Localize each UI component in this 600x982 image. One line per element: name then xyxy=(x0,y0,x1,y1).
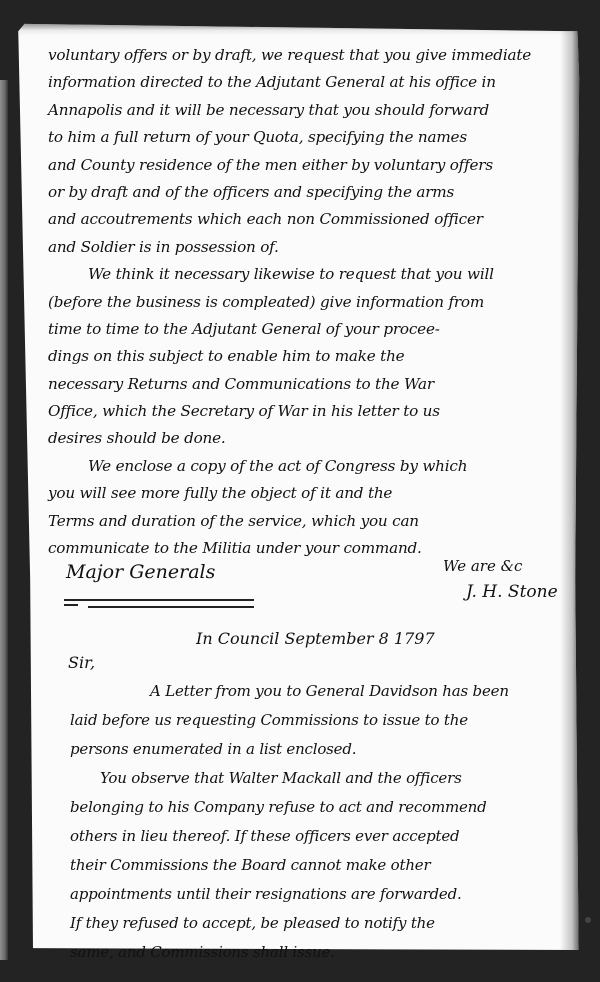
paragraph-start-line: We enclose a copy of the act of Congress… xyxy=(48,453,578,480)
letter-1-body: voluntary offers or by draft, we request… xyxy=(48,42,578,562)
addressee: Major Generals xyxy=(66,561,215,583)
underline-rule xyxy=(64,599,254,601)
underline-rule xyxy=(64,604,78,606)
paragraph-start-line: We think it necessary likewise to reques… xyxy=(48,261,578,288)
underline-rule xyxy=(88,606,254,608)
letter-2-body: A Letter from you to General Davidson ha… xyxy=(70,677,590,967)
paragraph-start-line: You observe that Walter Mackall and the … xyxy=(70,764,590,793)
text-line: and County residence of the men either b… xyxy=(48,152,578,179)
text-line: necessary Returns and Communications to … xyxy=(48,371,578,398)
text-line: dings on this subject to enable him to m… xyxy=(48,343,578,370)
text-line: persons enumerated in a list enclosed. xyxy=(70,735,590,764)
text-line: laid before us requesting Commissions to… xyxy=(70,706,590,735)
ink-speck xyxy=(585,917,591,923)
text-line: others in lieu thereof. If these officer… xyxy=(70,822,590,851)
scan-left-edge xyxy=(0,80,8,960)
dateline: In Council September 8 1797 xyxy=(196,629,435,648)
closing: We are &c xyxy=(443,557,522,575)
salutation: Sir, xyxy=(68,653,95,672)
text-line: same, and Commissions shall issue. xyxy=(70,938,590,967)
paragraph-start-line: A Letter from you to General Davidson ha… xyxy=(70,677,590,706)
text-line: Office, which the Secretary of War in hi… xyxy=(48,398,578,425)
text-line: and accoutrements which each non Commiss… xyxy=(48,206,578,233)
text-line: voluntary offers or by draft, we request… xyxy=(48,42,578,69)
text-line: Terms and duration of the service, which… xyxy=(48,508,578,535)
text-line: and Soldier is in possession of. xyxy=(48,234,578,261)
text-line: Annapolis and it will be necessary that … xyxy=(48,97,578,124)
text-line: their Commissions the Board cannot make … xyxy=(70,851,590,880)
text-line: desires should be done. xyxy=(48,425,578,452)
signature: J. H. Stone xyxy=(466,582,558,602)
text-line: belonging to his Company refuse to act a… xyxy=(70,793,590,822)
text-line: appointments until their resignations ar… xyxy=(70,880,590,909)
text-line: (before the business is compleated) give… xyxy=(48,289,578,316)
text-line: time to time to the Adjutant General of … xyxy=(48,316,578,343)
text-line: you will see more fully the object of it… xyxy=(48,480,578,507)
text-line: or by draft and of the officers and spec… xyxy=(48,179,578,206)
text-line: If they refused to accept, be pleased to… xyxy=(70,909,590,938)
text-line: information directed to the Adjutant Gen… xyxy=(48,69,578,96)
text-line: to him a full return of your Quota, spec… xyxy=(48,124,578,151)
